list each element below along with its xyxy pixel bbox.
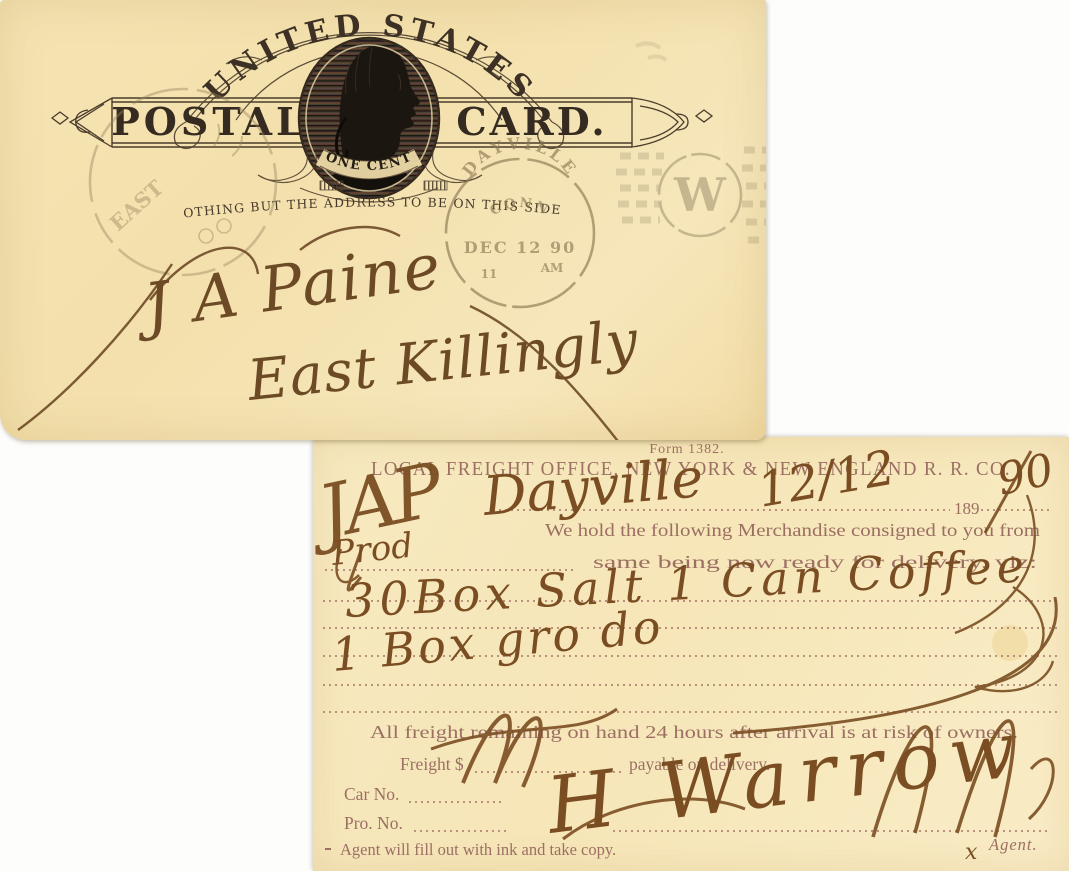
postal-card-front: UNITED STATES POSTAL xyxy=(0,0,766,440)
printed-design: UNITED STATES POSTAL xyxy=(0,0,712,221)
form-handwriting: JAP Dayville 12/12 90 Prod 30Box Salt 1 … xyxy=(313,440,1058,865)
agent-label: Agent. xyxy=(988,835,1038,854)
arrival-text: EAST xyxy=(105,175,169,236)
hold-line: We hold the following Merchandise consig… xyxy=(545,520,1040,540)
signature-mark: x xyxy=(965,840,978,865)
right-finial-ornament xyxy=(632,98,712,147)
left-finial-ornament xyxy=(52,98,112,147)
year-prefix: 189 xyxy=(954,499,980,518)
main-postmark: DAYVILLE CONN DEC 12 90 11 AM xyxy=(446,134,594,307)
scanned-postcard-lot: UNITED STATES POSTAL xyxy=(0,0,1069,871)
postal-card-art: UNITED STATES POSTAL xyxy=(0,0,766,440)
killer-cancel-letter: W xyxy=(673,168,727,222)
paper-stain xyxy=(992,625,1028,661)
freight-notice-form: Form 1382. LOCAL FREIGHT OFFICE, NEW YOR… xyxy=(313,437,1069,871)
postmark-meridiem: AM xyxy=(540,261,564,275)
left-banner-panel: POSTAL xyxy=(52,98,307,147)
address-line1: J A Paine xyxy=(129,229,447,344)
handwritten-date: 12/12 xyxy=(753,440,899,519)
handwritten-address: J A Paine East Killingly xyxy=(18,227,642,440)
car-no-label: Car No. xyxy=(344,784,399,804)
freight-form-art: Form 1382. LOCAL FREIGHT OFFICE, NEW YOR… xyxy=(313,437,1069,871)
right-banner-panel: CARD. xyxy=(434,98,712,147)
postmark-date: DEC 12 90 xyxy=(464,238,576,257)
banner-postal-text: POSTAL xyxy=(111,99,307,144)
postmark-hour: 11 xyxy=(481,267,498,281)
year-suffix: 90 xyxy=(993,444,1058,506)
pro-no-label: Pro. No. xyxy=(344,813,403,833)
freight-label: Freight $ xyxy=(400,754,464,774)
arrival-postmark-letters: EAST xyxy=(105,175,169,236)
killer-cancel: W xyxy=(616,43,766,240)
portrait-medallion: ONE CENT xyxy=(299,38,439,202)
